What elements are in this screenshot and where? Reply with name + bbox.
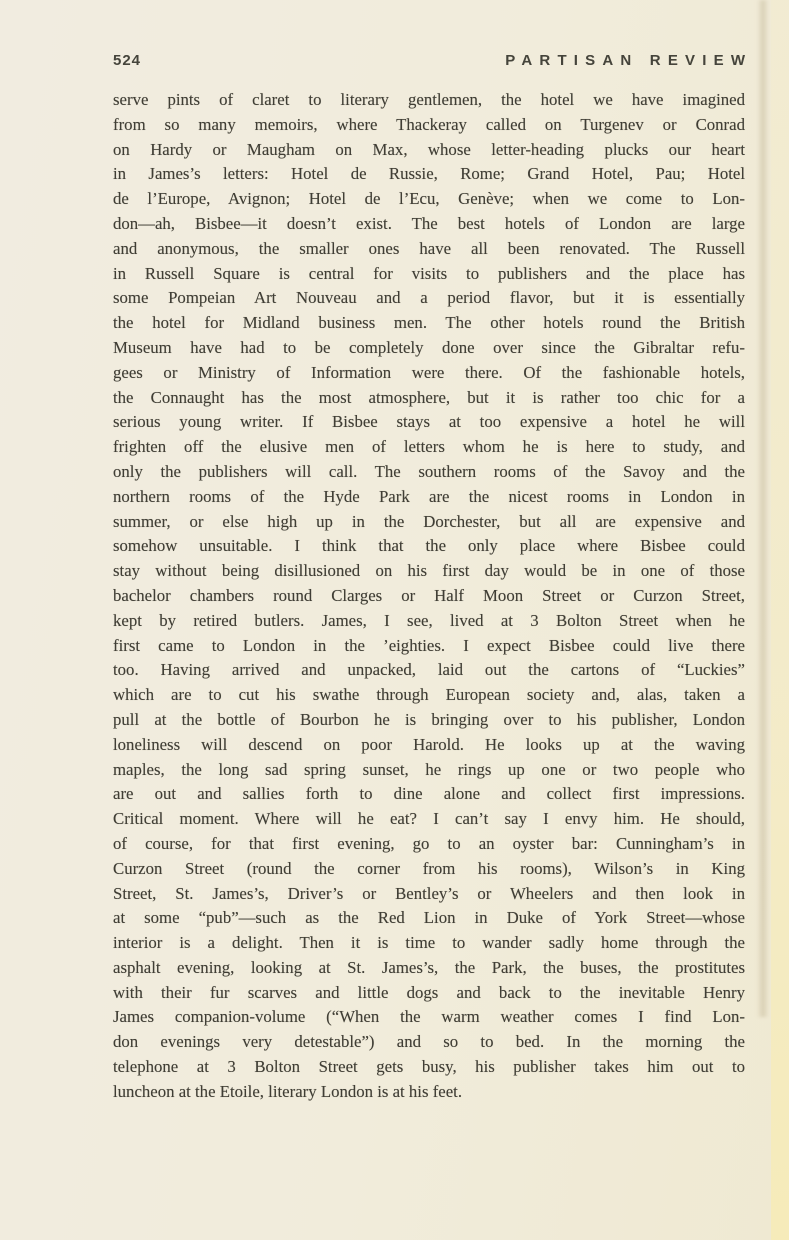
text-line: bachelor chambers round Clarges or Half … [113,584,745,609]
text-line: frighten off the elusive men of letters … [113,435,745,460]
text-line: Street, St. James’s, Driver’s or Bentley… [113,882,745,907]
journal-title: PARTISAN REVIEW [505,52,752,69]
text-line: at some “pub”—such as the Red Lion in Du… [113,906,745,931]
page-crease-shadow [757,0,769,1017]
text-line: too. Having arrived and unpacked, laid o… [113,658,745,683]
text-line: don—ah, Bisbee—it doesn’t exist. The bes… [113,212,745,237]
text-line: the Connaught has the most atmosphere, b… [113,386,745,411]
text-line: and anonymous, the smaller ones have all… [113,237,745,262]
text-line: gees or Ministry of Information were the… [113,361,745,386]
text-line: in James’s letters: Hotel de Russie, Rom… [113,162,745,187]
text-line: luncheon at the Etoile, literary London … [113,1080,745,1105]
text-line: de l’Europe, Avignon; Hotel de l’Ecu, Ge… [113,187,745,212]
text-line: from so many memoirs, where Thackeray ca… [113,113,745,138]
text-line: serve pints of claret to literary gentle… [113,88,745,113]
text-line: of course, for that first evening, go to… [113,832,745,857]
running-header: 524 PARTISAN REVIEW [113,52,745,74]
text-line: don evenings very detestable”) and so to… [113,1030,745,1055]
text-line: first came to London in the ’eighties. I… [113,634,745,659]
text-line: Museum have had to be completely done ov… [113,336,745,361]
text-line: loneliness will descend on poor Harold. … [113,733,745,758]
text-line: pull at the bottle of Bourbon he is brin… [113,708,745,733]
text-line: with their fur scarves and little dogs a… [113,981,745,1006]
text-line: somehow unsuitable. I think that the onl… [113,534,745,559]
magazine-page: 524 PARTISAN REVIEW serve pints of clare… [0,0,789,1240]
text-line: Curzon Street (round the corner from his… [113,857,745,882]
text-line: asphalt evening, looking at St. James’s,… [113,956,745,981]
text-line: are out and sallies forth to dine alone … [113,782,745,807]
text-line: Critical moment. Where will he eat? I ca… [113,807,745,832]
text-line: stay without being disillusioned on his … [113,559,745,584]
text-line: kept by retired butlers. James, I see, l… [113,609,745,634]
text-line: which are to cut his swathe through Euro… [113,683,745,708]
page-number: 524 [113,52,141,69]
text-line: some Pompeian Art Nouveau and a period f… [113,286,745,311]
text-line: only the publishers will call. The south… [113,460,745,485]
text-line: summer, or else high up in the Dorcheste… [113,510,745,535]
body-text: serve pints of claret to literary gentle… [113,88,745,1105]
text-line: interior is a delight. Then it is time t… [113,931,745,956]
page-edge [771,0,789,1240]
text-line: the hotel for Midland business men. The … [113,311,745,336]
text-line: in Russell Square is central for visits … [113,262,745,287]
text-line: maples, the long sad spring sunset, he r… [113,758,745,783]
text-line: northern rooms of the Hyde Park are the … [113,485,745,510]
text-line: on Hardy or Maugham on Max, whose letter… [113,138,745,163]
text-line: serious young writer. If Bisbee stays at… [113,410,745,435]
text-line: telephone at 3 Bolton Street gets busy, … [113,1055,745,1080]
text-line: James companion-volume (“When the warm w… [113,1005,745,1030]
